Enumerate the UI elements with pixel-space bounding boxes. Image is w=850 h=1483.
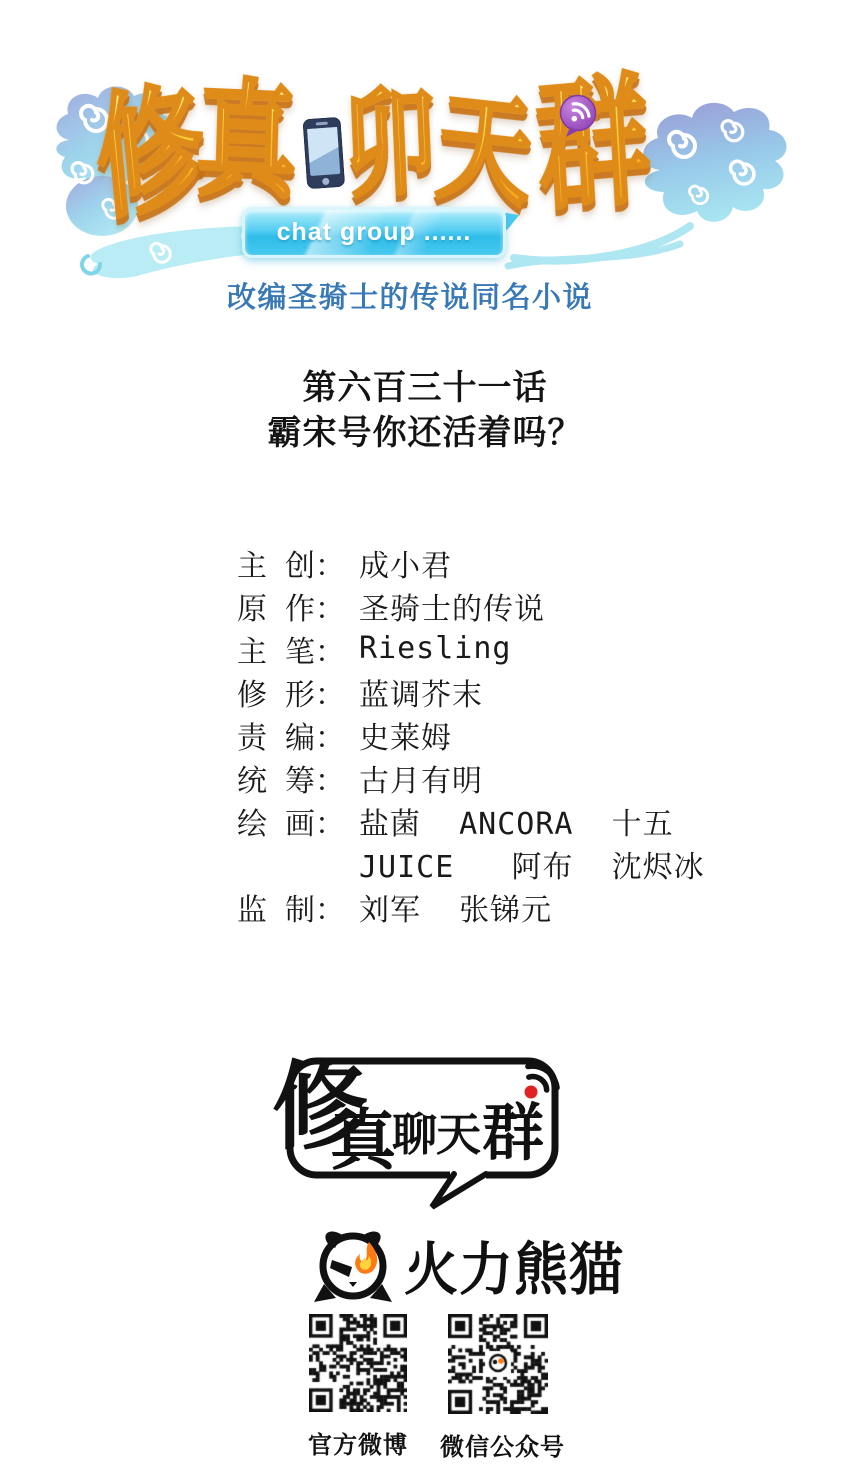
logo-char-xiu: 修: [90, 78, 210, 228]
chapter-number: 第六百三十一话: [0, 366, 850, 411]
credit-label: 主 笔：: [237, 627, 359, 671]
adaptation-tagline: 改编圣骑士的传说同名小说: [227, 275, 593, 316]
weibo-qr-code: [309, 1314, 407, 1412]
chapter-title: 第六百三十一话 霸宋号你还活着吗？: [0, 366, 850, 456]
weibo-qr-label: 官方微博: [302, 1425, 414, 1460]
credit-label: 原 作：: [237, 584, 359, 628]
credit-value: 蓝调芥末: [359, 670, 483, 714]
chat-group-text: chat group ......: [277, 218, 472, 247]
weibo-qr-block: 官方微博: [302, 1314, 414, 1460]
wechat-qr-label: 微信公众号: [440, 1427, 556, 1462]
credit-label: 主 创：: [237, 541, 359, 585]
publisher-logo: 火力熊猫: [312, 1226, 624, 1304]
logo-char-mao: 卯: [341, 85, 438, 206]
comic-title-page: 修 真 卯 天 群: [0, 0, 850, 1483]
wechat-qr-block: 微信公众号: [440, 1314, 556, 1462]
credit-value: 盐菌 ANCORA 十五: [359, 799, 674, 843]
speech-bubble-logo: 修 真 聊 天 群: [258, 1030, 594, 1216]
credit-row: 监 制：刘军 张锑元: [237, 885, 705, 928]
credit-value: 成小君: [359, 541, 452, 585]
chat-group-box: chat group ......: [242, 207, 506, 258]
credit-row: 主 笔：Riesling: [237, 627, 705, 670]
chat-bubble-icon: [557, 94, 601, 145]
credit-row: 统 筹：古月有明: [237, 756, 705, 799]
credit-row: JUICE 阿布 沈烬冰: [237, 842, 705, 885]
credit-row: 责 编：史莱姆: [237, 713, 705, 756]
credits-list: 主 创：成小君 原 作：圣骑士的传说 主 笔：Riesling 修 形：蓝调芥末…: [237, 541, 705, 928]
credit-value: 圣骑士的传说: [359, 584, 545, 628]
credit-value: 古月有明: [359, 756, 483, 800]
wechat-qr-code: [448, 1314, 548, 1414]
credit-value: 刘军 张锑元: [359, 885, 552, 929]
stamp-char-zhen: 真: [330, 1103, 398, 1177]
logo-char-tian: 天: [434, 87, 536, 214]
credit-label: 责 编：: [237, 713, 359, 757]
phone-icon: [302, 117, 345, 194]
credit-value: JUICE 阿布 沈烬冰: [359, 842, 705, 886]
chapter-name: 霸宋号你还活着吗？: [0, 411, 850, 456]
credit-row: 修 形：蓝调芥末: [237, 670, 705, 713]
credit-label: 监 制：: [237, 885, 359, 929]
bubble-tail: [432, 1174, 486, 1207]
credit-row: 主 创：成小君: [237, 541, 705, 584]
credit-row: 绘 画：盐菌 ANCORA 十五: [237, 799, 705, 842]
panda-icon: [312, 1226, 394, 1304]
credit-value: 史莱姆: [359, 713, 452, 757]
credit-value: Riesling: [359, 631, 512, 666]
publisher-name: 火力熊猫: [404, 1225, 624, 1306]
stamp-char-tian: 天: [436, 1109, 481, 1160]
credit-label: 绘 画：: [237, 799, 359, 843]
stamp-char-liao: 聊: [392, 1109, 437, 1160]
stamp-char-qun: 群: [482, 1099, 544, 1168]
credit-label: 统 筹：: [237, 756, 359, 800]
credit-row: 原 作：圣骑士的传说: [237, 584, 705, 627]
logo-char-zhen: 真: [195, 77, 298, 206]
red-dot: [525, 1086, 538, 1099]
credit-label: 修 形：: [237, 670, 359, 714]
